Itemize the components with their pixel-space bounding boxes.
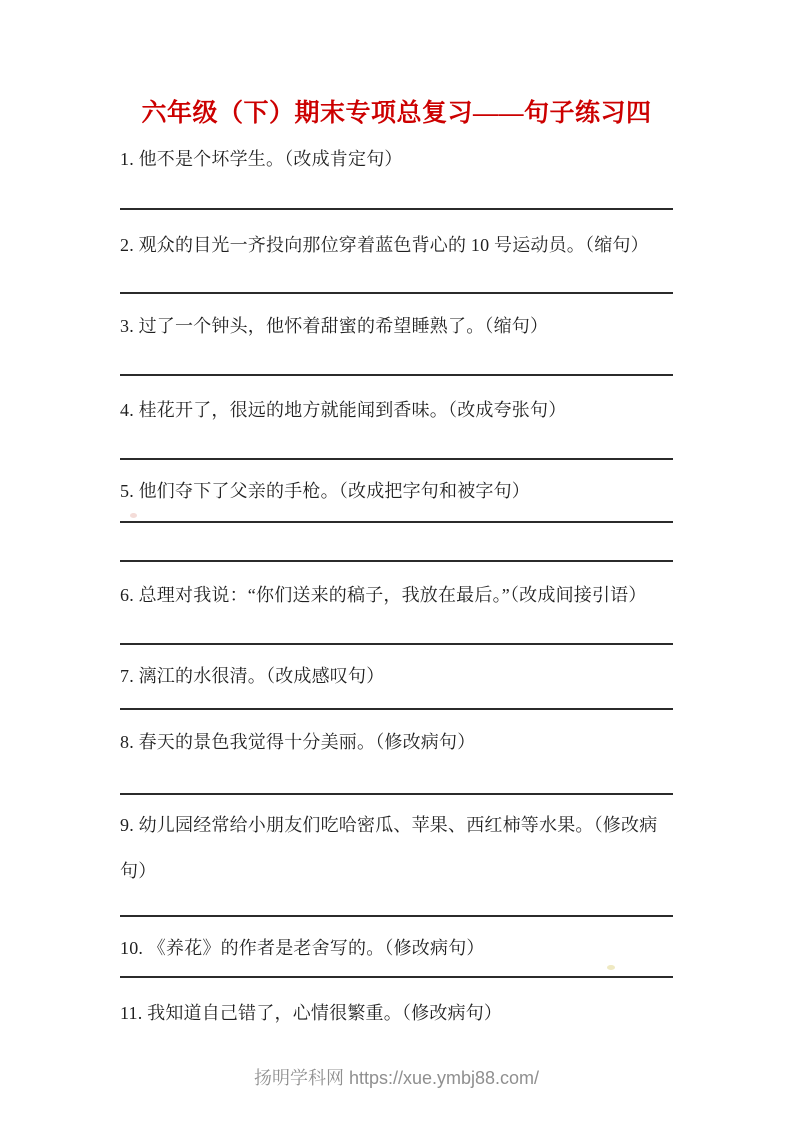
exercise-item: 1. 他不是个坏学生。（改成肯定句） [120,136,673,210]
exercise-item: 10. 《养花》的作者是老舍写的。（修改病句） [120,925,673,978]
answer-line [120,374,673,376]
exercise-text: 2. 观众的目光一齐投向那位穿着蓝色背心的 10 号运动员。（缩句） [120,222,673,268]
exercise-item: 4. 桂花开了，很远的地方就能闻到香味。（改成夸张句） [120,387,673,460]
exercise-item: 5. 他们夺下了父亲的手枪。（改成把字句和被字句） [120,468,673,562]
exercise-item: 7. 漓江的水很清。（改成感叹句） [120,653,673,710]
exercise-item: 9. 幼儿园经常给小朋友们吃哈密瓜、苹果、西红柿等水果。（修改病句） [120,802,673,917]
worksheet-title: 六年级（下）期末专项总复习——句子练习四 [120,94,673,134]
exercise-text: 1. 他不是个坏学生。（改成肯定句） [120,136,673,182]
exercise-text: 10. 《养花》的作者是老舍写的。（修改病句） [120,925,673,971]
footer-text: 扬明学科网 https://xue.ymbj88.com/ [254,1068,539,1088]
exercise-text: 7. 漓江的水很清。（改成感叹句） [120,653,673,699]
exercise-item: 11. 我知道自己错了，心情很繁重。（修改病句） [120,990,673,1036]
worksheet-page: 六年级（下）期末专项总复习——句子练习四 1. 他不是个坏学生。（改成肯定句）2… [0,0,793,1122]
answer-line [120,458,673,460]
exercise-item: 3. 过了一个钟头，他怀着甜蜜的希望睡熟了。（缩句） [120,303,673,376]
exercise-item: 2. 观众的目光一齐投向那位穿着蓝色背心的 10 号运动员。（缩句） [120,222,673,294]
exercise-text: 8. 春天的景色我觉得十分美丽。（修改病句） [120,719,673,765]
site-footer: 扬明学科网 https://xue.ymbj88.com/ [120,1066,673,1090]
answer-line [120,292,673,294]
exercise-item: 8. 春天的景色我觉得十分美丽。（修改病句） [120,719,673,795]
exercise-text: 3. 过了一个钟头，他怀着甜蜜的希望睡熟了。（缩句） [120,303,673,349]
answer-line [120,560,673,562]
scan-artifact-dot [130,513,137,518]
exercise-item: 6. 总理对我说：“你们送来的稿子，我放在最后。”（改成间接引语） [120,572,673,645]
answer-line [120,643,673,645]
answer-line [120,708,673,710]
answer-line [120,976,673,978]
answer-line [120,208,673,210]
exercise-list: 1. 他不是个坏学生。（改成肯定句）2. 观众的目光一齐投向那位穿着蓝色背心的 … [120,136,673,1036]
answer-line [120,793,673,795]
exercise-text: 5. 他们夺下了父亲的手枪。（改成把字句和被字句） [120,468,673,514]
exercise-text: 4. 桂花开了，很远的地方就能闻到香味。（改成夸张句） [120,387,673,433]
answer-line [120,521,673,523]
scan-artifact-dot [607,965,615,970]
exercise-text: 6. 总理对我说：“你们送来的稿子，我放在最后。”（改成间接引语） [120,572,673,618]
exercise-text: 9. 幼儿园经常给小朋友们吃哈密瓜、苹果、西红柿等水果。（修改病句） [120,802,673,894]
answer-line [120,915,673,917]
exercise-text: 11. 我知道自己错了，心情很繁重。（修改病句） [120,990,673,1036]
